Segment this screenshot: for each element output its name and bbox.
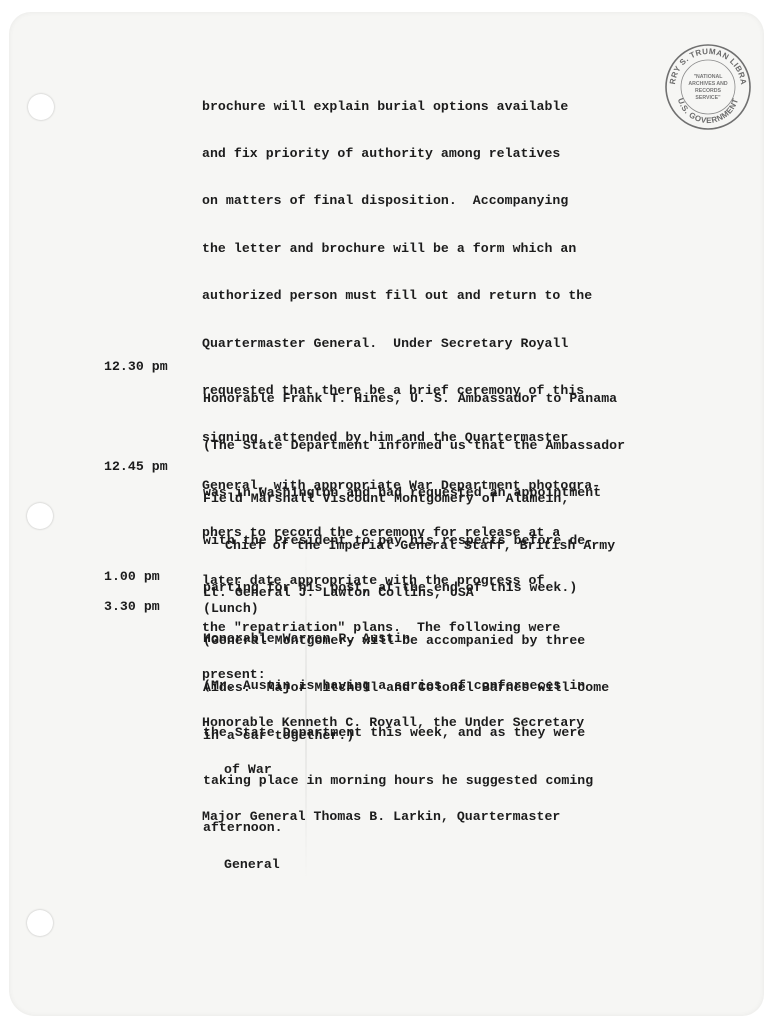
svg-text:U.S. GOVERNMENT: U.S. GOVERNMENT bbox=[676, 97, 740, 125]
text-line: on matters of final disposition. Accompa… bbox=[202, 193, 600, 209]
text-line: Quartermaster General. Under Secretary R… bbox=[202, 336, 600, 352]
entry-line: taking place in morning hours he suggest… bbox=[203, 773, 593, 789]
text-line: brochure will explain burial options ava… bbox=[202, 99, 600, 115]
entry-line: Honorable Frank T. Hines, U. S. Ambassad… bbox=[203, 391, 625, 407]
entry-line: afternoon. bbox=[203, 820, 593, 836]
text-line: the letter and brochure will be a form w… bbox=[202, 241, 600, 257]
stamp-inner-line: SERVICE" bbox=[695, 95, 721, 101]
entry-time: 3.30 pm bbox=[104, 599, 192, 615]
truman-library-stamp: HARRY S. TRUMAN LIBRARY U.S. GOVERNMENT … bbox=[663, 42, 753, 132]
schedule-entry-1230: 12.30 pm Honorable Frank T. Hines, U. S.… bbox=[104, 359, 120, 406]
entry-time: 1.00 pm bbox=[104, 569, 192, 585]
stamp-inner-line: ARCHIVES AND bbox=[688, 81, 728, 87]
entry-line: Chief of the Imperial General Staff, Bri… bbox=[203, 538, 615, 554]
entry-line: (Mr. Austin is having a series of confer… bbox=[203, 678, 593, 694]
stamp-bottom-text: U.S. GOVERNMENT bbox=[676, 97, 740, 125]
entry-line: the State Department this week, and as t… bbox=[203, 725, 593, 741]
stamp-inner-line: RECORDS bbox=[695, 88, 721, 94]
schedule-entry-1530: 3.30 pm Honorable Warren R. Austin (Mr. … bbox=[104, 599, 120, 646]
entry-line: (The State Department informed us that t… bbox=[203, 438, 625, 454]
punch-hole-middle bbox=[27, 503, 53, 529]
entry-time: 12.45 pm bbox=[104, 459, 192, 475]
entry-line: Honorable Warren R. Austin bbox=[203, 631, 593, 647]
text-line: and fix priority of authority among rela… bbox=[202, 146, 600, 162]
punch-hole-bottom bbox=[27, 910, 53, 936]
schedule-entry-1245: 12.45 pm Field Marshall Viscount Montgom… bbox=[104, 459, 120, 506]
stamp-inner-line: "NATIONAL bbox=[694, 74, 724, 80]
punch-hole-top bbox=[28, 94, 54, 120]
entry-time: 12.30 pm bbox=[104, 359, 192, 375]
entry-line: Field Marshall Viscount Montgomery of Al… bbox=[203, 491, 615, 507]
text-line: authorized person must fill out and retu… bbox=[202, 288, 600, 304]
